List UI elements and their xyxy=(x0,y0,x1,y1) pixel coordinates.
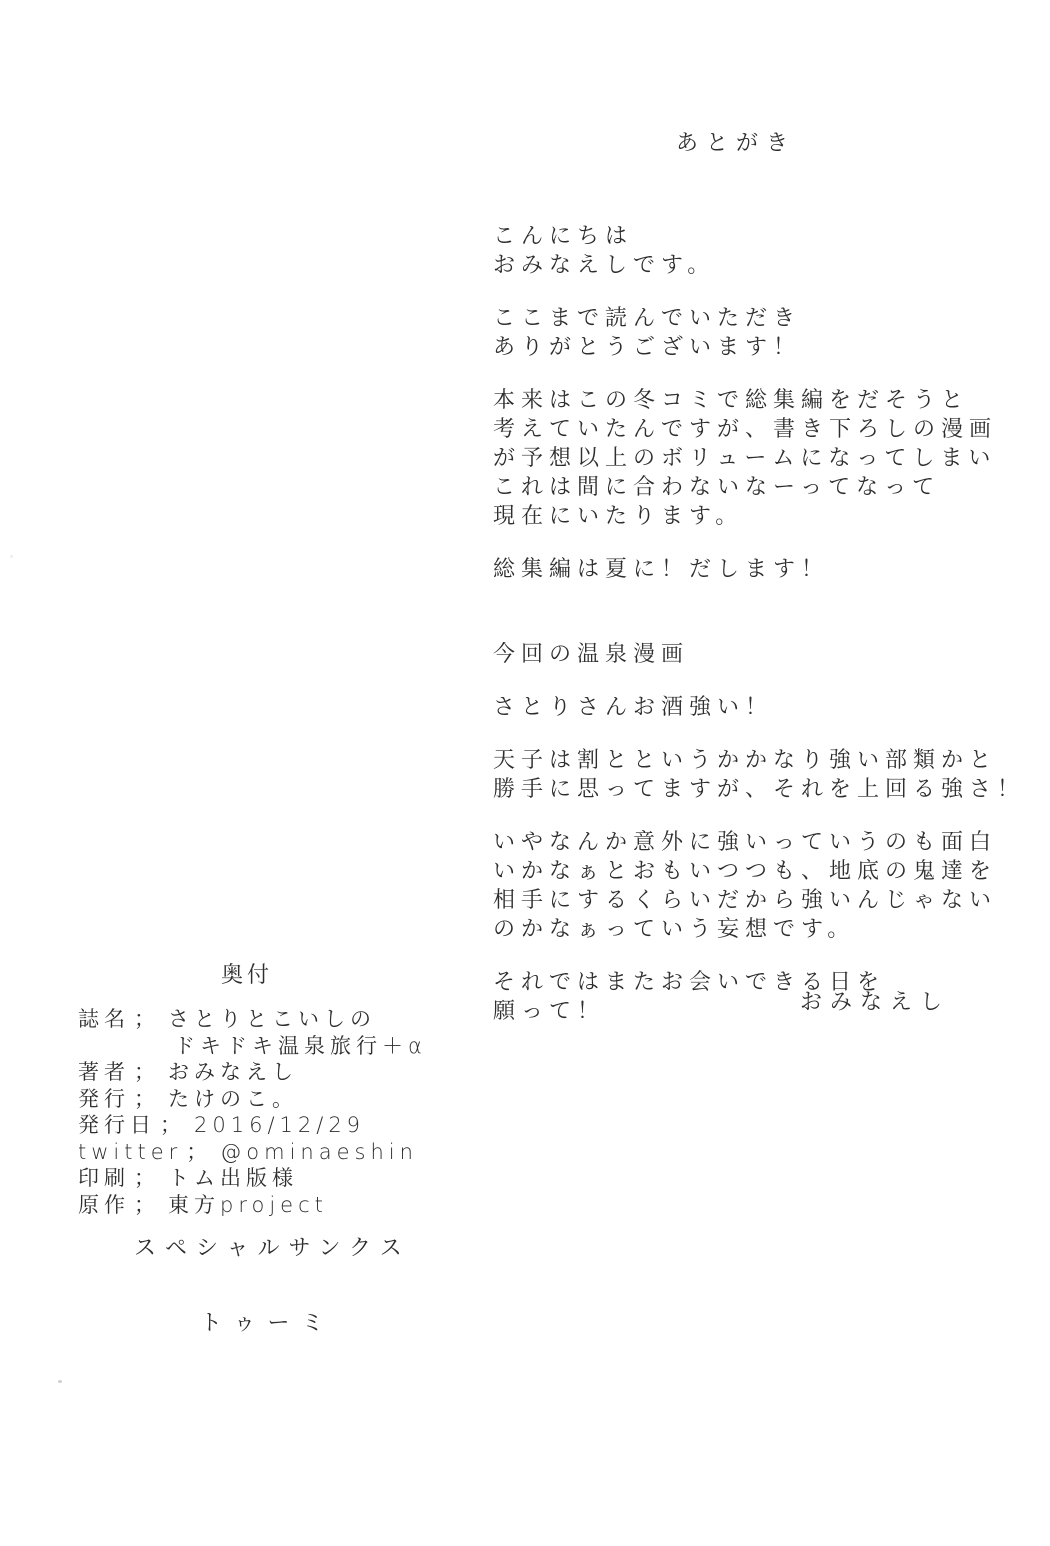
scan-speck xyxy=(58,1380,62,1383)
scan-speck xyxy=(10,555,13,558)
colophon-key: 著者 xyxy=(78,1059,130,1086)
colophon-value: ドキドキ温泉旅行＋α xyxy=(174,1033,427,1060)
colophon-entries: 誌名；さとりとこいしの ドキドキ温泉旅行＋α 著者；おみなえし 発行；たけのこ。… xyxy=(78,1006,427,1218)
paragraph-tenshi: 天子は割とというかかなり強い部類かと 勝手に思ってますが、それを上回る強さ！ xyxy=(493,746,1033,804)
colophon-key: 発行日 xyxy=(78,1112,156,1139)
afterword-body: こんにちは おみなえしです。 ここまで読んでいただき ありがとうございます！ 本… xyxy=(493,222,1033,1050)
special-thanks-title: スペシャルサンクス xyxy=(134,1231,411,1262)
colophon-value: おみなえし xyxy=(168,1059,298,1086)
text-line: のかなぁっていう妄想です。 xyxy=(493,915,1033,944)
colophon-row-title-continuation: ドキドキ温泉旅行＋α xyxy=(78,1033,427,1060)
afterword-title: あとがき xyxy=(676,126,796,157)
colophon-row-title: 誌名；さとりとこいしの xyxy=(78,1006,427,1033)
text-line: 考えていたんですが、書き下ろしの漫画 xyxy=(493,415,1033,444)
colophon-separator: ； xyxy=(134,1086,160,1113)
colophon-separator: ； xyxy=(134,1059,160,1086)
paragraph-compilation: 本来はこの冬コミで総集編をだそうと 考えていたんですが、書き下ろしの漫画 が予想… xyxy=(493,386,1033,531)
colophon-row-original-work: 原作；東方project xyxy=(78,1192,427,1219)
colophon-title: 奥付 xyxy=(221,958,273,989)
colophon-separator: ； xyxy=(134,1192,160,1219)
text-line: 現在にいたります。 xyxy=(493,502,1033,531)
colophon-separator: ； xyxy=(134,1006,160,1033)
colophon-key: 印刷 xyxy=(78,1165,130,1192)
text-line: 本来はこの冬コミで総集編をだそうと xyxy=(493,386,1033,415)
text-line: 願って！ xyxy=(493,997,1033,1026)
text-line: それではまたお会いできる日を xyxy=(493,968,1033,997)
colophon-row-date: 発行日；2016/12/29 xyxy=(78,1112,427,1139)
colophon-key: 原作 xyxy=(78,1192,130,1219)
colophon-value: 2016/12/29 xyxy=(194,1112,365,1139)
paragraph-onsen-heading: 今回の温泉漫画 xyxy=(493,640,1033,669)
colophon-separator: ； xyxy=(160,1112,186,1139)
paragraph-summer: 総集編は夏に！だします！ xyxy=(493,555,1033,584)
text-line: 相手にするくらいだから強いんじゃない xyxy=(493,886,1033,915)
colophon-row-printer: 印刷；トム出版様 xyxy=(78,1165,427,1192)
colophon-row-twitter: twitter；@ominaeshin xyxy=(78,1139,427,1166)
colophon-row-author: 著者；おみなえし xyxy=(78,1059,427,1086)
text-line: こんにちは xyxy=(493,222,1033,251)
colophon-value: トム出版様 xyxy=(168,1165,298,1192)
colophon-separator: ； xyxy=(186,1139,212,1166)
colophon-key: 誌名 xyxy=(78,1006,130,1033)
text-line: いやなんか意外に強いっていうのも面白 xyxy=(493,828,1033,857)
text-line: いかなぁとおもいつつも、地底の鬼達を xyxy=(493,857,1033,886)
paragraph-thanks: ここまで読んでいただき ありがとうございます！ xyxy=(493,304,1033,362)
paragraph-greeting: こんにちは おみなえしです。 xyxy=(493,222,1033,280)
special-thanks-name: トゥーミ xyxy=(200,1306,335,1337)
text-line: これは間に合わないなーってなって xyxy=(493,473,1033,502)
text-line: 天子は割とというかかなり強い部類かと xyxy=(493,746,1033,775)
text-line: ここまで読んでいただき xyxy=(493,304,1033,333)
colophon-value: 東方project xyxy=(168,1192,328,1219)
colophon-key: 発行 xyxy=(78,1086,130,1113)
paragraph-delusion: いやなんか意外に強いっていうのも面白 いかなぁとおもいつつも、地底の鬼達を 相手… xyxy=(493,828,1033,944)
paragraph-satori: さとりさんお酒強い！ xyxy=(493,693,1033,722)
author-signature: おみなえし xyxy=(800,985,950,1016)
text-line: 勝手に思ってますが、それを上回る強さ！ xyxy=(493,775,1033,804)
colophon-separator: ； xyxy=(134,1165,160,1192)
text-line: ありがとうございます！ xyxy=(493,333,1033,362)
colophon-key: twitter xyxy=(78,1139,182,1166)
colophon-row-publisher: 発行；たけのこ。 xyxy=(78,1086,427,1113)
afterword-colophon-page: あとがき こんにちは おみなえしです。 ここまで読んでいただき ありがとうござい… xyxy=(0,0,1050,1546)
text-line: おみなえしです。 xyxy=(493,251,1033,280)
colophon-value: さとりとこいしの xyxy=(168,1006,376,1033)
colophon-value: たけのこ。 xyxy=(168,1086,298,1113)
text-line: 総集編は夏に！だします！ xyxy=(493,555,1033,584)
colophon-value: @ominaeshin xyxy=(220,1139,418,1166)
paragraph-farewell: それではまたお会いできる日を 願って！ xyxy=(493,968,1033,1026)
text-line: が予想以上のボリュームになってしまい xyxy=(493,444,1033,473)
text-line: さとりさんお酒強い！ xyxy=(493,693,1033,722)
text-line: 今回の温泉漫画 xyxy=(493,640,1033,669)
